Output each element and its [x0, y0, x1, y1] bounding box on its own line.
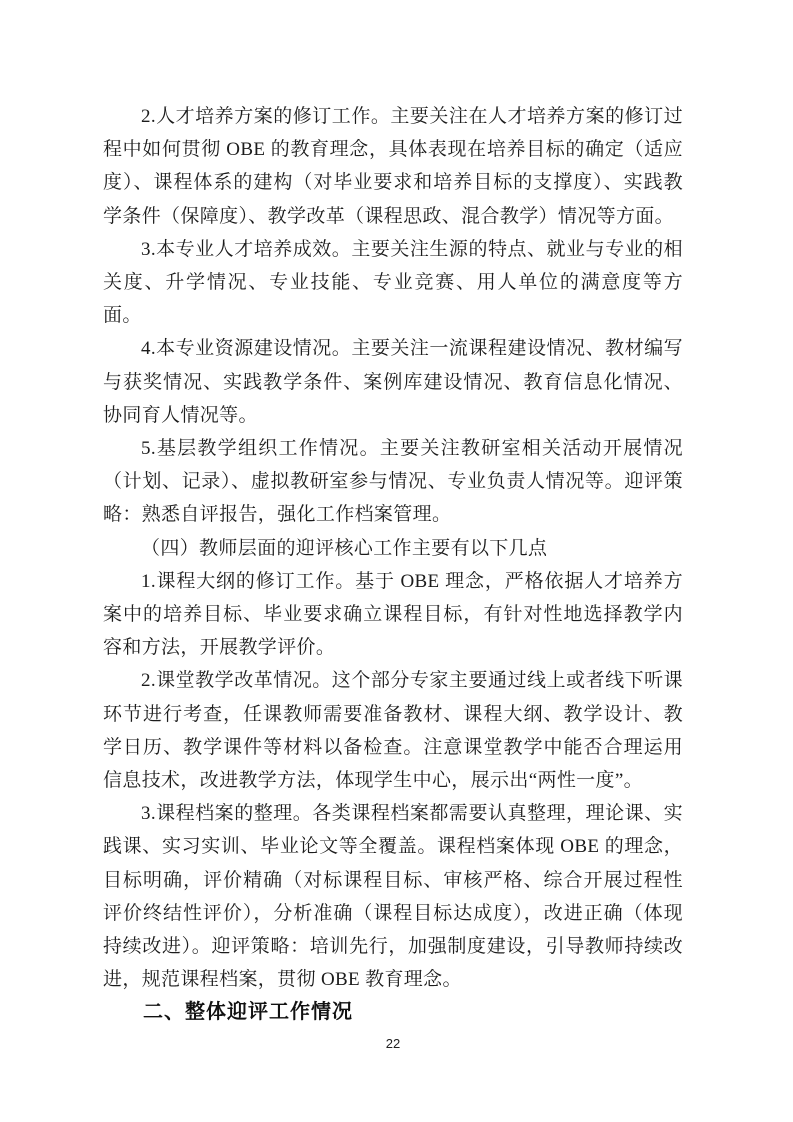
body-paragraph: （四）教师层面的迎评核心工作主要有以下几点 [103, 532, 683, 565]
body-paragraph: 2.课堂教学改革情况。这个部分专家主要通过线上或者线下听课环节进行考查，任课教师… [103, 664, 683, 797]
body-paragraph: 4.本专业资源建设情况。主要关注一流课程建设情况、教材编写与获奖情况、实践教学条… [103, 332, 683, 432]
body-paragraph: 3.本专业人才培养成效。主要关注生源的特点、就业与专业的相关度、升学情况、专业技… [103, 233, 683, 333]
page-footer: 22 [103, 1035, 683, 1053]
page-number: 22 [386, 1036, 400, 1051]
body-paragraph: 3.课程档案的整理。各类课程档案都需要认真整理，理论课、实践课、实习实训、毕业论… [103, 797, 683, 996]
body-paragraph: 1.课程大纲的修订工作。基于 OBE 理念，严格依据人才培养方案中的培养目标、毕… [103, 565, 683, 665]
body-paragraph: 5.基层教学组织工作情况。主要关注教研室相关活动开展情况（计划、记录）、虚拟教研… [103, 432, 683, 532]
body-paragraph: 2.人才培养方案的修订工作。主要关注在人才培养方案的修订过程中如何贯彻 OBE … [103, 100, 683, 233]
document-page: 2.人才培养方案的修订工作。主要关注在人才培养方案的修订过程中如何贯彻 OBE … [0, 0, 793, 1122]
section-heading: 二、整体迎评工作情况 [103, 996, 683, 1029]
document-body: 2.人才培养方案的修订工作。主要关注在人才培养方案的修订过程中如何贯彻 OBE … [103, 100, 683, 1030]
